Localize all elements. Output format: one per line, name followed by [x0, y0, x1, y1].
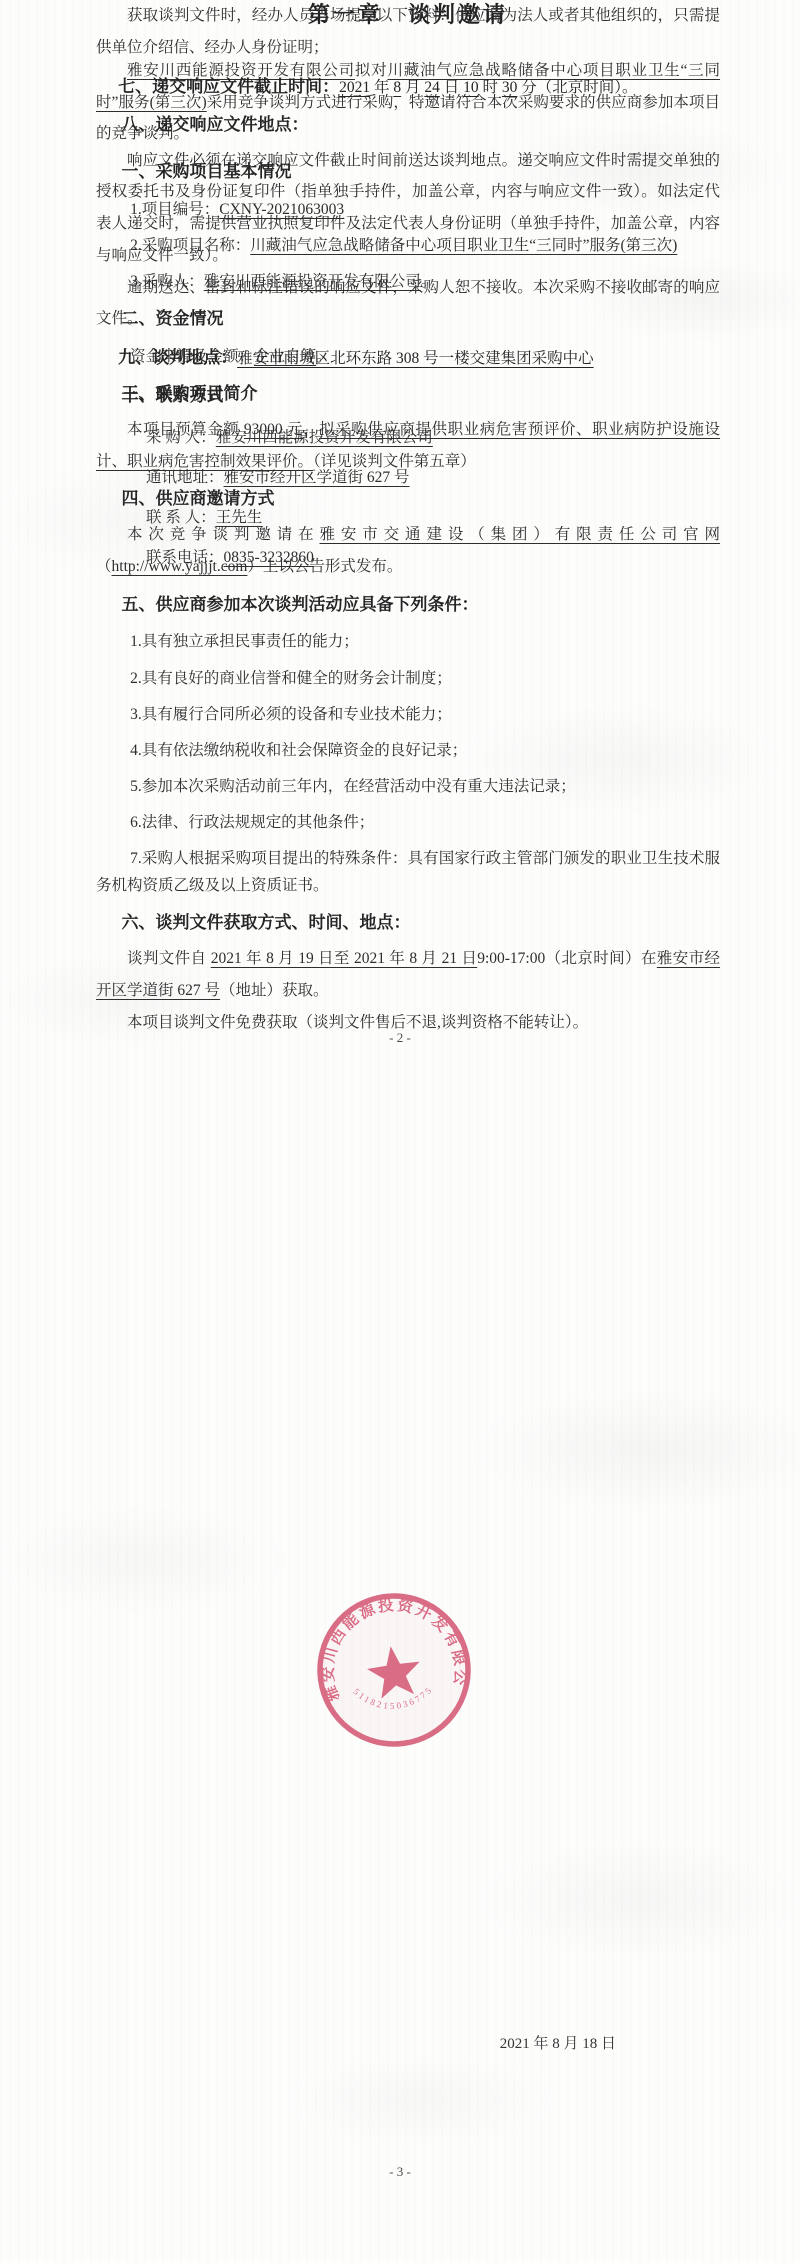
text-segment: 6.法律、行政法规规定的其他条件；: [130, 814, 374, 831]
underlined-text: 雅安市雨城区北环东路 308 号一楼交建集团采购中心: [237, 350, 594, 367]
underlined-text: 10: [463, 79, 479, 96]
text-segment: 谈判文件自: [127, 950, 211, 967]
paragraph: 获取谈判文件时，经办人员当场提交以下资料：供应商为法人或者其他组织的，只需提供单…: [96, 0, 720, 64]
underlined-text: 雅安市经开区学道街 627 号: [224, 469, 410, 486]
text-segment: 八、递交响应文件地点：: [122, 115, 309, 134]
document-page-2: 获取谈判文件时，经办人员当场提交以下资料：供应商为法人或者其他组织的，只需提供单…: [0, 0, 800, 585]
text-segment: 逾期送达、密封和标注错误的响应文件，采购人恕不接收。本次采购不接收邮寄的响应文件…: [96, 279, 720, 328]
text-segment: 采 购 人：: [146, 429, 216, 446]
section-heading: 八、递交响应文件地点：: [96, 110, 720, 140]
paragraph: 逾期送达、密封和标注错误的响应文件，采购人恕不接收。本次采购不接收邮寄的响应文件…: [96, 272, 720, 336]
underlined-text: 王先生: [216, 509, 263, 526]
text-segment: 3.具有履行合同所必须的设备和专业技术能力；: [130, 706, 452, 723]
list-item: 5.参加本次采购活动前三年内，在经营活动中没有重大违法记录；: [96, 773, 720, 800]
section-heading: 七、递交响应文件截止时间：2021 年 8 月 24 日 10 时 30 分（北…: [96, 71, 720, 103]
section-heading: 九、谈判地点：雅安市雨城区北环东路 308 号一楼交建集团采购中心: [96, 342, 720, 374]
paragraph: 响应文件必须在递交响应文件截止时间前送达谈判地点。递交响应文件时需提交单独的授权…: [96, 145, 720, 272]
text-segment: 十、联系方式: [122, 386, 224, 405]
text-segment: 联 系 人：: [146, 509, 216, 526]
list-item: 6.法律、行政法规规定的其他条件；: [96, 809, 720, 836]
text-segment: 5.参加本次采购活动前三年内，在经营活动中没有重大违法记录；: [130, 778, 576, 795]
text-segment: 七、递交响应文件截止时间：: [118, 77, 339, 96]
section-heading: 五、供应商参加本次谈判活动应具备下列条件：: [96, 590, 720, 620]
text-segment: 本项目谈判文件免费获取（谈判文件售后不退,谈判资格不能转让）。: [127, 1014, 588, 1031]
text-segment: 月: [401, 79, 424, 96]
underlined-text: 2021: [339, 79, 370, 96]
underlined-text: 2021 年 8 月 19 日至 2021 年 8 月 21 日: [211, 950, 478, 967]
contact-line: 联 系 人：王先生: [146, 506, 720, 531]
page-number-3: - 3 -: [0, 2164, 800, 2180]
text-segment: 9:00-17:00（北京时间）在: [477, 950, 657, 967]
text-segment: 分（北京时间）。: [517, 79, 637, 96]
page-number-2: - 2 -: [0, 1030, 800, 1046]
underlined-text: 8: [393, 79, 401, 96]
contact-line: 通讯地址：雅安市经开区学道街 627 号: [146, 466, 720, 491]
underlined-text: 雅安川西能源投资开发有限公司: [216, 429, 433, 446]
list-item: 7.采购人根据采购项目提出的特殊条件：具有国家行政主管部门颁发的职业卫生技术服务…: [96, 845, 720, 899]
text-segment: 获取谈判文件时，经办人员当场提交以下资料：供应商为法人或者其他组织的，只需提供单…: [96, 7, 720, 56]
text-segment: 五、供应商参加本次谈判活动应具备下列条件：: [122, 595, 479, 614]
list-item: 1.具有独立承担民事责任的能力；: [96, 628, 720, 655]
text-segment: 1.具有独立承担民事责任的能力；: [130, 633, 359, 650]
section-heading: 六、谈判文件获取方式、时间、地点：: [96, 908, 720, 938]
contact-line: 联系电话：0835-3232860: [146, 546, 720, 571]
text-segment: （地址）获取。: [220, 982, 329, 999]
text-segment: 年: [370, 79, 393, 96]
text-segment: 4.具有依法缴纳税收和社会保障资金的良好记录；: [130, 742, 467, 759]
document-date: 2021 年 8 月 18 日: [500, 2032, 616, 2053]
paragraph: 谈判文件自 2021 年 8 月 19 日至 2021 年 8 月 21 日9:…: [96, 943, 720, 1007]
underlined-text: 0835-3232860: [224, 549, 314, 566]
list-item: 2.具有良好的商业信誉和健全的财务会计制度；: [96, 665, 720, 692]
text-segment: 2.具有良好的商业信誉和健全的财务会计制度；: [130, 670, 452, 687]
text-segment: 通讯地址：: [146, 469, 224, 486]
text-segment: 九、谈判地点：: [118, 348, 237, 367]
underlined-text: 24: [424, 79, 440, 96]
text-segment: 六、谈判文件获取方式、时间、地点：: [122, 913, 411, 932]
company-seal-stamp: 雅安川西能源投资开发有限公司 5118215036775: [304, 1580, 485, 1761]
underlined-text: 30: [502, 79, 518, 96]
text-segment: 联系电话：: [146, 549, 224, 566]
contact-line: 采 购 人：雅安川西能源投资开发有限公司: [146, 426, 720, 451]
text-segment: 响应文件必须在递交响应文件截止时间前送达谈判地点。递交响应文件时需提交单独的授权…: [96, 152, 720, 264]
section-heading: 十、联系方式: [96, 381, 720, 411]
text-segment: 7.采购人根据采购项目提出的特殊条件：具有国家行政主管部门颁发的职业卫生技术服务…: [96, 850, 720, 894]
text-segment: 时: [479, 79, 502, 96]
text-segment: 日: [440, 79, 463, 96]
list-item: 4.具有依法缴纳税收和社会保障资金的良好记录；: [96, 737, 720, 764]
list-item: 3.具有履行合同所必须的设备和专业技术能力；: [96, 701, 720, 728]
